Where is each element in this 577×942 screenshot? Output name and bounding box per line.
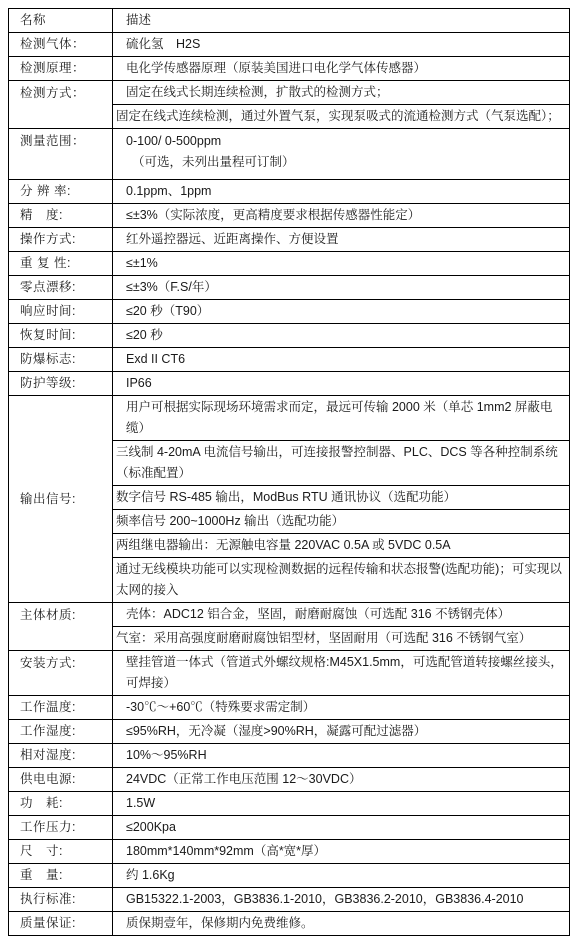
label-ip-rating: 防护等级:	[9, 372, 113, 396]
value-output-5: 两组继电器输出：无源触电容量 220VAC 0.5A 或 5VDC 0.5A	[113, 534, 570, 558]
label-zero-drift: 零点漂移:	[9, 276, 113, 300]
header-name-cell: 名称	[9, 9, 113, 33]
value-range: 0-100/ 0-500ppm （可选，未列出量程可订制）	[113, 129, 570, 180]
value-method-1: 固定在线式长期连续检测，扩散式的检测方式；	[113, 81, 570, 105]
label-gas: 检测气体：	[9, 33, 113, 57]
table-row: 工作压力: ≤200Kpa	[9, 816, 570, 840]
value-output-2: 三线制 4-20mA 电流信号输出，可连接报警控制器、PLC、DCS 等各种控制…	[113, 441, 570, 486]
value-output-1: 用户可根据实际现场环境需求而定，最远可传输 2000 米（单芯 1mm2 屏蔽电…	[113, 396, 570, 441]
value-work-humidity: ≤95%RH，无冷凝（湿度>90%RH，凝露可配过滤器）	[113, 720, 570, 744]
label-power-supply: 供电电源:	[9, 768, 113, 792]
table-row: 重 量: 约 1.6Kg	[9, 864, 570, 888]
value-operation: 红外遥控器远、近距离操作、方便设置	[113, 228, 570, 252]
table-row: 供电电源: 24VDC（正常工作电压范围 12～30VDC）	[9, 768, 570, 792]
table-row: 相对湿度: 10%～95%RH	[9, 744, 570, 768]
value-power-supply: 24VDC（正常工作电压范围 12～30VDC）	[113, 768, 570, 792]
label-output: 输出信号:	[9, 396, 113, 603]
value-resolution: 0.1ppm、1ppm	[113, 180, 570, 204]
value-material-2: 气室：采用高强度耐磨耐腐蚀铝型材，坚固耐用（可选配 316 不锈钢气室）	[113, 627, 570, 651]
label-principle: 检测原理：	[9, 57, 113, 81]
value-material-1: 壳体：ADC12 铝合金，坚固，耐磨耐腐蚀（可选配 316 不锈钢壳体）	[113, 603, 570, 627]
value-rel-humidity: 10%～95%RH	[113, 744, 570, 768]
label-work-temp: 工作温度:	[9, 696, 113, 720]
label-pressure: 工作压力:	[9, 816, 113, 840]
label-recovery-time: 恢复时间:	[9, 324, 113, 348]
table-row: 工作湿度: ≤95%RH，无冷凝（湿度>90%RH，凝露可配过滤器）	[9, 720, 570, 744]
table-row: 质量保证: 质保期壹年，保修期内免费维修。	[9, 912, 570, 936]
label-response-time: 响应时间:	[9, 300, 113, 324]
table-row: 零点漂移: ≤±3%（F.S/年）	[9, 276, 570, 300]
value-pressure: ≤200Kpa	[113, 816, 570, 840]
label-accuracy: 精 度:	[9, 204, 113, 228]
table-row: 重 复 性: ≤±1%	[9, 252, 570, 276]
label-operation: 操作方式:	[9, 228, 113, 252]
label-repeatability: 重 复 性:	[9, 252, 113, 276]
value-method-2: 固定在线式连续检测，通过外置气泵，实现泵吸式的流通检测方式（气泵选配）；	[113, 105, 570, 129]
label-weight: 重 量:	[9, 864, 113, 888]
value-accuracy: ≤±3%（实际浓度，更高精度要求根据传感器性能定）	[113, 204, 570, 228]
label-method: 检测方式：	[9, 81, 113, 129]
value-power: 1.5W	[113, 792, 570, 816]
value-response-time: ≤20 秒（T90）	[113, 300, 570, 324]
table-row: 精 度: ≤±3%（实际浓度，更高精度要求根据传感器性能定）	[9, 204, 570, 228]
table-row: 安装方式: 壁挂管道一体式（管道式外螺纹规格:M45X1.5mm，可选配管道转接…	[9, 651, 570, 696]
range-line-1: 0-100/ 0-500ppm	[126, 131, 566, 152]
label-rel-humidity: 相对湿度:	[9, 744, 113, 768]
label-work-humidity: 工作湿度:	[9, 720, 113, 744]
value-principle: 电化学传感器原理（原装美国进口电化学气体传感器）	[113, 57, 570, 81]
spec-table: 名称 描述 检测气体： 硫化氢 H2S 检测原理： 电化学传感器原理（原装美国进…	[8, 8, 570, 936]
value-ex-mark: Exd II CT6	[113, 348, 570, 372]
table-row: 防护等级: IP66	[9, 372, 570, 396]
table-row: 防爆标志: Exd II CT6	[9, 348, 570, 372]
label-standards: 执行标准:	[9, 888, 113, 912]
table-header-row: 名称 描述	[9, 9, 570, 33]
value-recovery-time: ≤20 秒	[113, 324, 570, 348]
label-warranty: 质量保证:	[9, 912, 113, 936]
value-weight: 约 1.6Kg	[113, 864, 570, 888]
table-row: 输出信号: 用户可根据实际现场环境需求而定，最远可传输 2000 米（单芯 1m…	[9, 396, 570, 441]
value-install: 壁挂管道一体式（管道式外螺纹规格:M45X1.5mm，可选配管道转接螺丝接头，可…	[113, 651, 570, 696]
table-row: 分 辨 率: 0.1ppm、1ppm	[9, 180, 570, 204]
table-row: 检测方式： 固定在线式长期连续检测，扩散式的检测方式；	[9, 81, 570, 105]
label-ex-mark: 防爆标志:	[9, 348, 113, 372]
table-row: 执行标准: GB15322.1-2003，GB3836.1-2010，GB383…	[9, 888, 570, 912]
table-row: 恢复时间: ≤20 秒	[9, 324, 570, 348]
table-row: 功 耗: 1.5W	[9, 792, 570, 816]
table-row: 响应时间: ≤20 秒（T90）	[9, 300, 570, 324]
label-range: 测量范围：	[9, 129, 113, 180]
table-row: 检测气体： 硫化氢 H2S	[9, 33, 570, 57]
table-row: 操作方式: 红外遥控器远、近距离操作、方便设置	[9, 228, 570, 252]
value-warranty: 质保期壹年，保修期内免费维修。	[113, 912, 570, 936]
label-resolution: 分 辨 率:	[9, 180, 113, 204]
value-gas: 硫化氢 H2S	[113, 33, 570, 57]
value-standards: GB15322.1-2003，GB3836.1-2010，GB3836.2-20…	[113, 888, 570, 912]
value-output-6: 通过无线模块功能可以实现检测数据的远程传输和状态报警(选配功能)；可实现以太网的…	[113, 558, 570, 603]
table-row: 工作温度: -30℃～+60℃（特殊要求需定制）	[9, 696, 570, 720]
label-material: 主体材质:	[9, 603, 113, 651]
table-row: 主体材质: 壳体：ADC12 铝合金，坚固，耐磨耐腐蚀（可选配 316 不锈钢壳…	[9, 603, 570, 627]
label-power: 功 耗:	[9, 792, 113, 816]
table-row: 测量范围： 0-100/ 0-500ppm （可选，未列出量程可订制）	[9, 129, 570, 180]
range-line-2: （可选，未列出量程可订制）	[132, 152, 566, 173]
label-install: 安装方式:	[9, 651, 113, 696]
value-work-temp: -30℃～+60℃（特殊要求需定制）	[113, 696, 570, 720]
spec-sheet-page: 名称 描述 检测气体： 硫化氢 H2S 检测原理： 电化学传感器原理（原装美国进…	[0, 0, 577, 942]
value-output-3: 数字信号 RS-485 输出，ModBus RTU 通讯协议（选配功能）	[113, 486, 570, 510]
table-row: 检测原理： 电化学传感器原理（原装美国进口电化学气体传感器）	[9, 57, 570, 81]
value-output-4: 频率信号 200~1000Hz 输出（选配功能）	[113, 510, 570, 534]
value-zero-drift: ≤±3%（F.S/年）	[113, 276, 570, 300]
value-ip-rating: IP66	[113, 372, 570, 396]
header-desc-cell: 描述	[113, 9, 570, 33]
value-repeatability: ≤±1%	[113, 252, 570, 276]
